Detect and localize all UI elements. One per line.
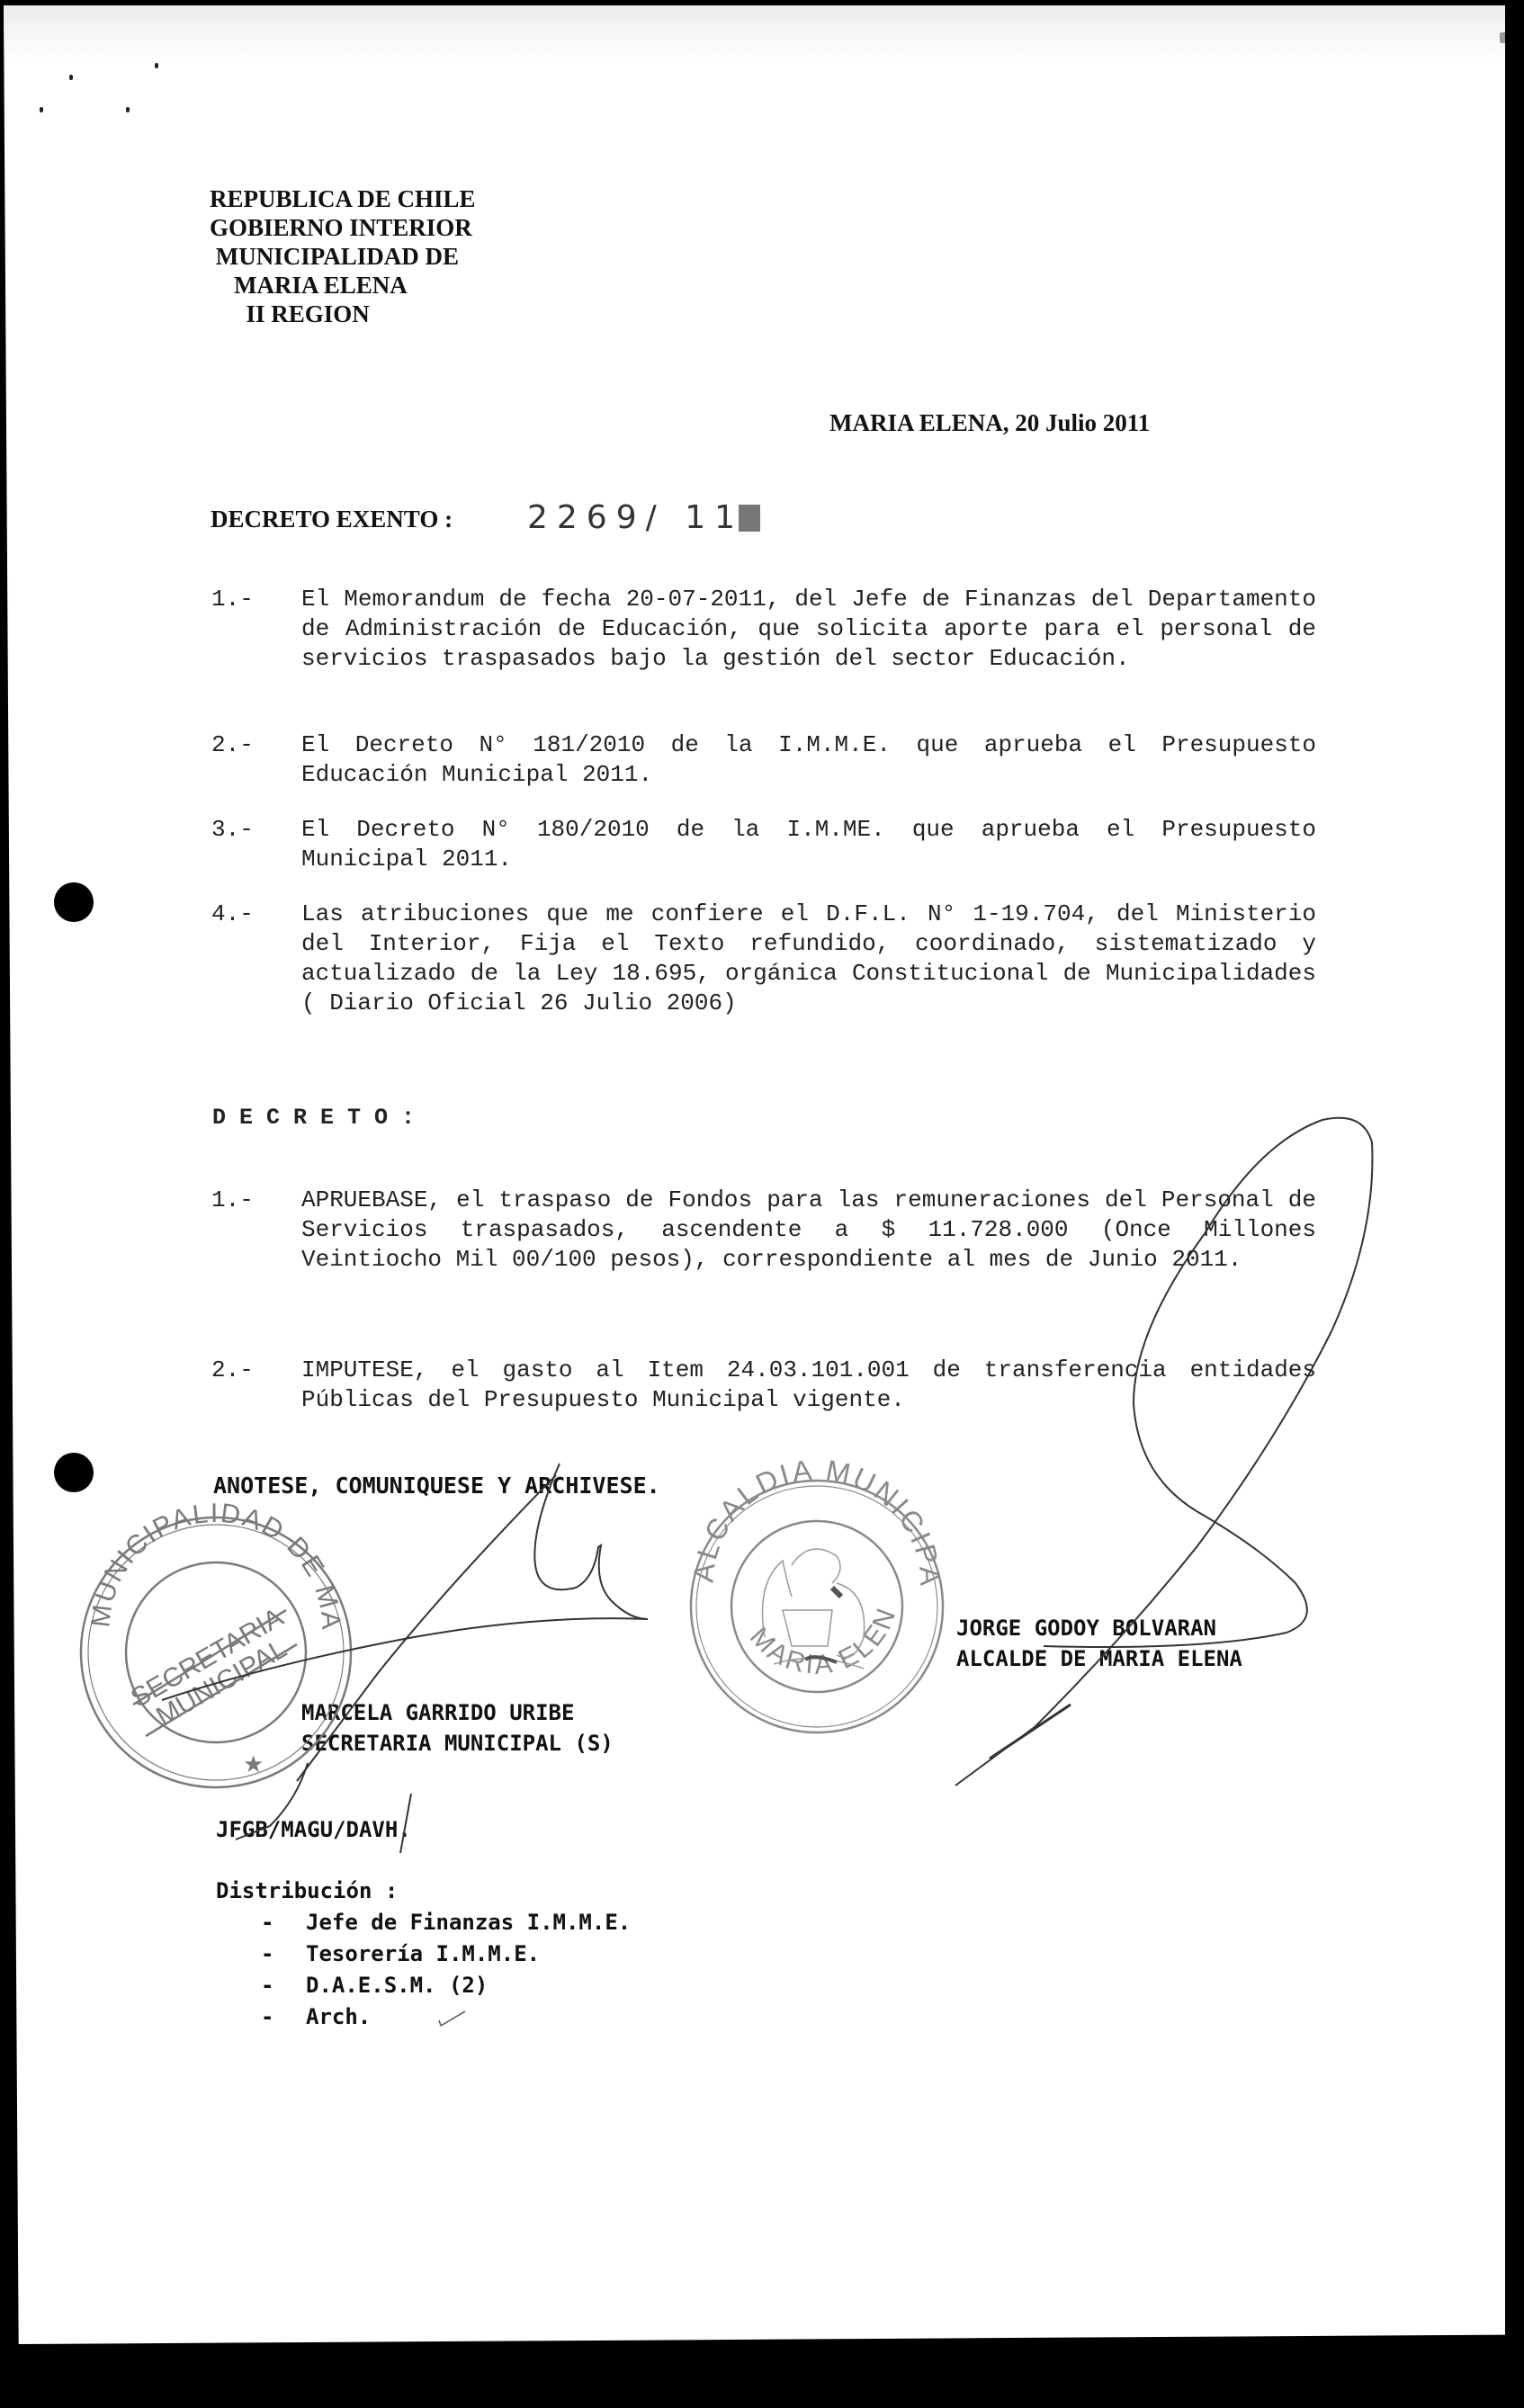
reference-initials: JFGB/MAGU/DAVH. xyxy=(216,1817,411,1842)
item-text: El Decreto N° 181/2010 de la I.M.M.E. qu… xyxy=(301,730,1316,790)
consideration-item: 3.- El Decreto N° 180/2010 de la I.M.ME.… xyxy=(211,815,1316,874)
decreto-heading: DECRETO: xyxy=(212,1105,428,1131)
ink-stamp-mark xyxy=(739,505,760,532)
decree-number-value: 2269/ 11 xyxy=(527,499,744,536)
resolution-item: 2.- IMPUTESE, el gasto al Item 24.03.101… xyxy=(211,1356,1316,1415)
letterhead-line: GOBIERNO INTERIOR xyxy=(210,213,476,242)
letterhead: REPUBLICA DE CHILE GOBIERNO INTERIOR MUN… xyxy=(210,184,476,328)
distribution-item: -Jefe de Finanzas I.M.M.E. xyxy=(216,1907,631,1938)
item-number: 3.- xyxy=(211,815,254,845)
date-line: MARIA ELENA, 20 Julio 2011 xyxy=(829,409,1150,437)
item-text: El Decreto N° 180/2010 de la I.M.ME. que… xyxy=(301,815,1316,874)
item-number: 1.- xyxy=(211,1186,254,1215)
item-text: APRUEBASE, el traspaso de Fondos para la… xyxy=(301,1186,1316,1275)
mayor-signature-block: JORGE GODOY BOLVARAN ALCALDE DE MARIA EL… xyxy=(956,1613,1242,1674)
scan-shading xyxy=(4,5,1505,59)
distribution-list: Distribución : -Jefe de Finanzas I.M.M.E… xyxy=(216,1875,631,2033)
closing-formula: ANOTESE, COMUNIQUESE Y ARCHIVESE. xyxy=(213,1473,660,1499)
item-text: IMPUTESE, el gasto al Item 24.03.101.001… xyxy=(301,1356,1316,1415)
distribution-label: Distribución : xyxy=(216,1875,631,1907)
resolution-item: 1.- APRUEBASE, el traspaso de Fondos par… xyxy=(211,1186,1316,1275)
scan-speck xyxy=(1500,32,1507,43)
decree-label: DECRETO EXENTO : xyxy=(211,506,453,533)
letterhead-line: MARIA ELENA xyxy=(210,271,476,300)
scan-speck xyxy=(155,63,158,68)
item-text: El Memorandum de fecha 20-07-2011, del J… xyxy=(301,585,1316,674)
distribution-item: -Tesorería I.M.M.E. xyxy=(216,1938,631,1970)
distribution-item: -Arch. xyxy=(216,2001,631,2033)
punch-hole xyxy=(54,882,94,922)
item-number: 1.- xyxy=(211,585,254,614)
secretary-name: MARCELA GARRIDO URIBE xyxy=(301,1697,614,1728)
letterhead-line: MUNICIPALIDAD DE xyxy=(210,242,476,271)
mayor-title: ALCALDE DE MARIA ELENA xyxy=(956,1643,1242,1674)
letterhead-line: II REGION xyxy=(210,300,476,328)
secretary-signature-block: MARCELA GARRIDO URIBE SECRETARIA MUNICIP… xyxy=(301,1697,614,1759)
letterhead-line: REPUBLICA DE CHILE xyxy=(210,184,476,213)
scan-speck xyxy=(69,75,73,80)
scan-speck xyxy=(126,107,130,112)
secretary-title: SECRETARIA MUNICIPAL (S) xyxy=(301,1728,614,1759)
scan-speck xyxy=(40,107,43,112)
decree-number: 2269/ 11 xyxy=(527,499,760,536)
mayor-name: JORGE GODOY BOLVARAN xyxy=(956,1613,1242,1643)
consideration-item: 2.- El Decreto N° 181/2010 de la I.M.M.E… xyxy=(211,730,1316,790)
item-number: 4.- xyxy=(211,900,254,929)
punch-hole xyxy=(54,1453,94,1492)
consideration-item: 4.- Las atribuciones que me confiere el … xyxy=(211,900,1316,1018)
item-text: Las atribuciones que me confiere el D.F.… xyxy=(301,900,1316,1018)
item-number: 2.- xyxy=(211,1356,254,1385)
consideration-item: 1.- El Memorandum de fecha 20-07-2011, d… xyxy=(211,585,1316,674)
item-number: 2.- xyxy=(211,730,254,760)
distribution-item: -D.A.E.S.M. (2) xyxy=(216,1970,631,2001)
